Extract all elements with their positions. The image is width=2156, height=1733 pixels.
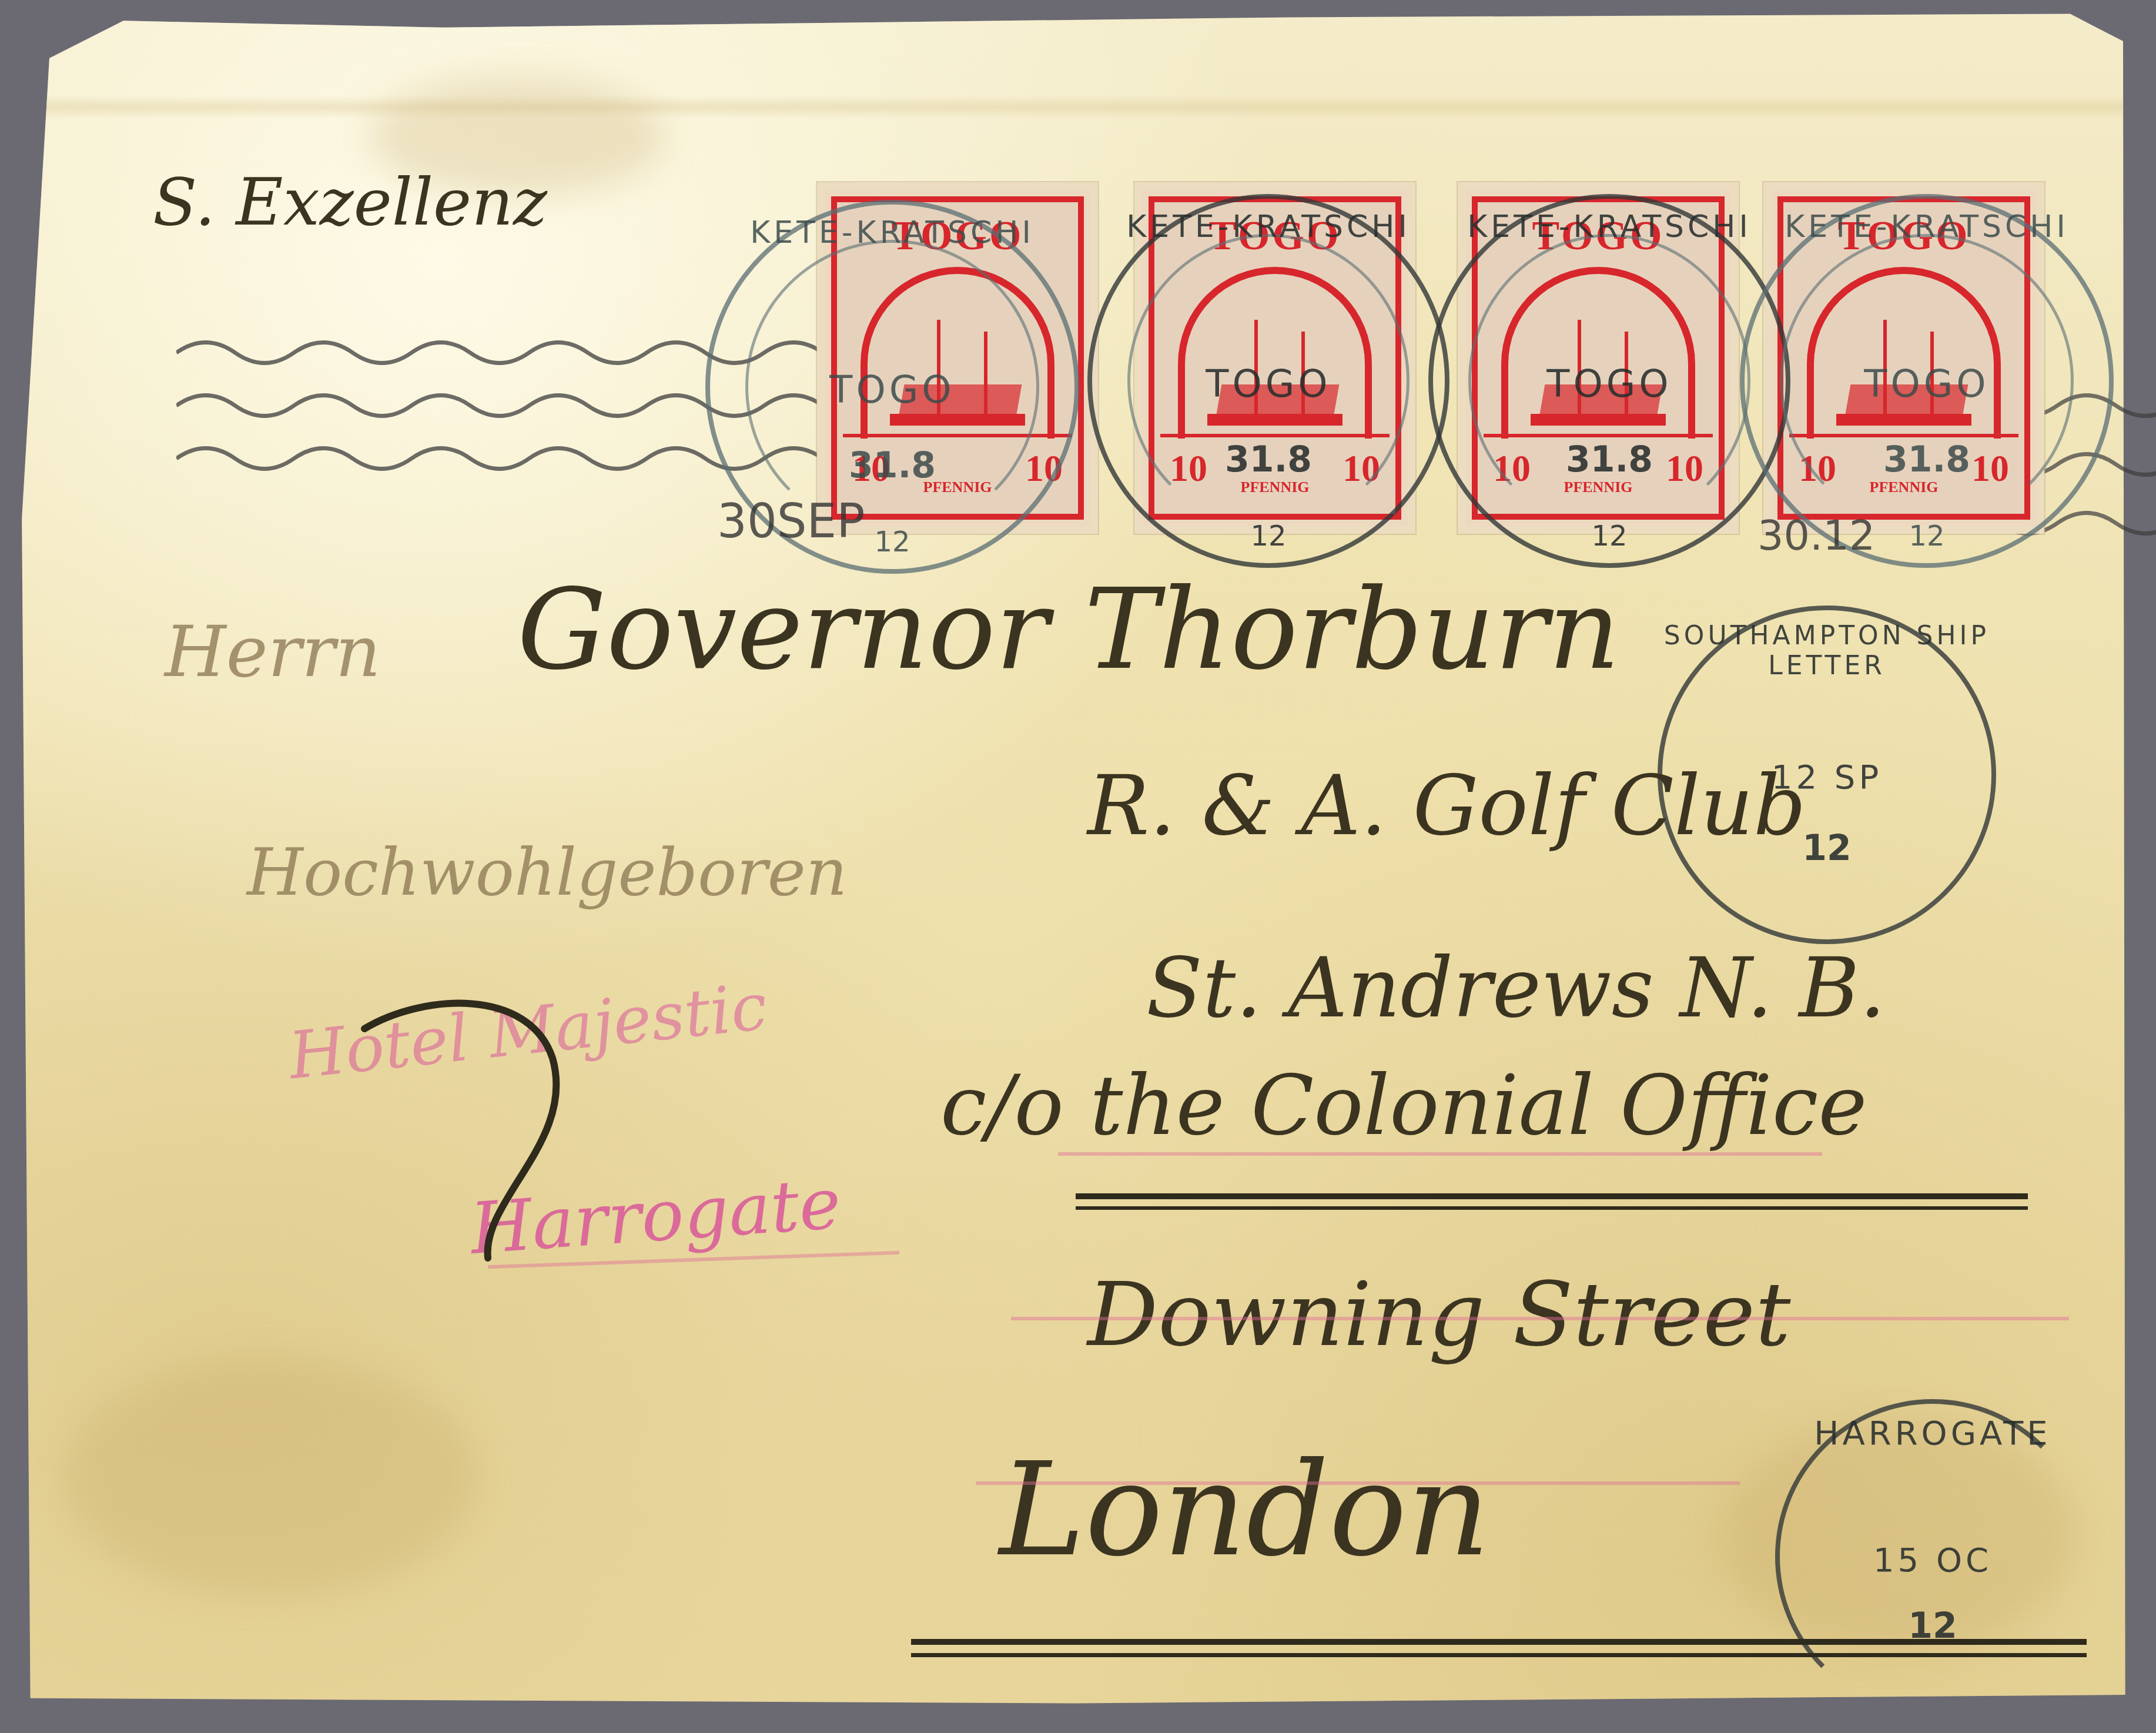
machine-cancel-date-right: 30.12 — [1757, 511, 1875, 560]
address-line-club: R. & A. Golf Club — [1087, 758, 1806, 854]
pink-strikethrough — [976, 1481, 1740, 1485]
address-line-city: London — [999, 1434, 1490, 1585]
underline — [1076, 1206, 2028, 1210]
underline — [1076, 1193, 2028, 1199]
underline — [911, 1653, 2087, 1657]
postmark-kete-kratschi-3: KETE-KRATSCHI TOGO 31.8 12 — [1428, 194, 1790, 568]
fold-crease — [18, 95, 2134, 119]
honorific: Hochwohlgeboren — [247, 835, 848, 910]
address-line-town: St. Andrews N. B. — [1146, 941, 1886, 1036]
machine-cancel-date-left: 30SEP — [717, 494, 865, 548]
address-line-street: Downing Street — [1087, 1264, 1790, 1366]
underline — [911, 1639, 2087, 1645]
addressee-name: Governor Thorburn — [517, 564, 1620, 694]
postmark-kete-kratschi-2: KETE-KRATSCHI TOGO 31.8 12 — [1087, 194, 1449, 568]
excellency-note: S. Exzellenz — [153, 165, 547, 240]
redirect-hook-mark — [353, 988, 588, 1270]
postmark-harrogate: HARROGATE 15 OC 12 — [1775, 1399, 2090, 1714]
pink-strikethrough — [1058, 1152, 1822, 1156]
pink-strikethrough — [1011, 1317, 2069, 1320]
stain — [65, 1359, 476, 1594]
salutation: Herrn — [165, 611, 381, 693]
address-line-care-of: c/o the Colonial Office — [940, 1058, 1867, 1154]
